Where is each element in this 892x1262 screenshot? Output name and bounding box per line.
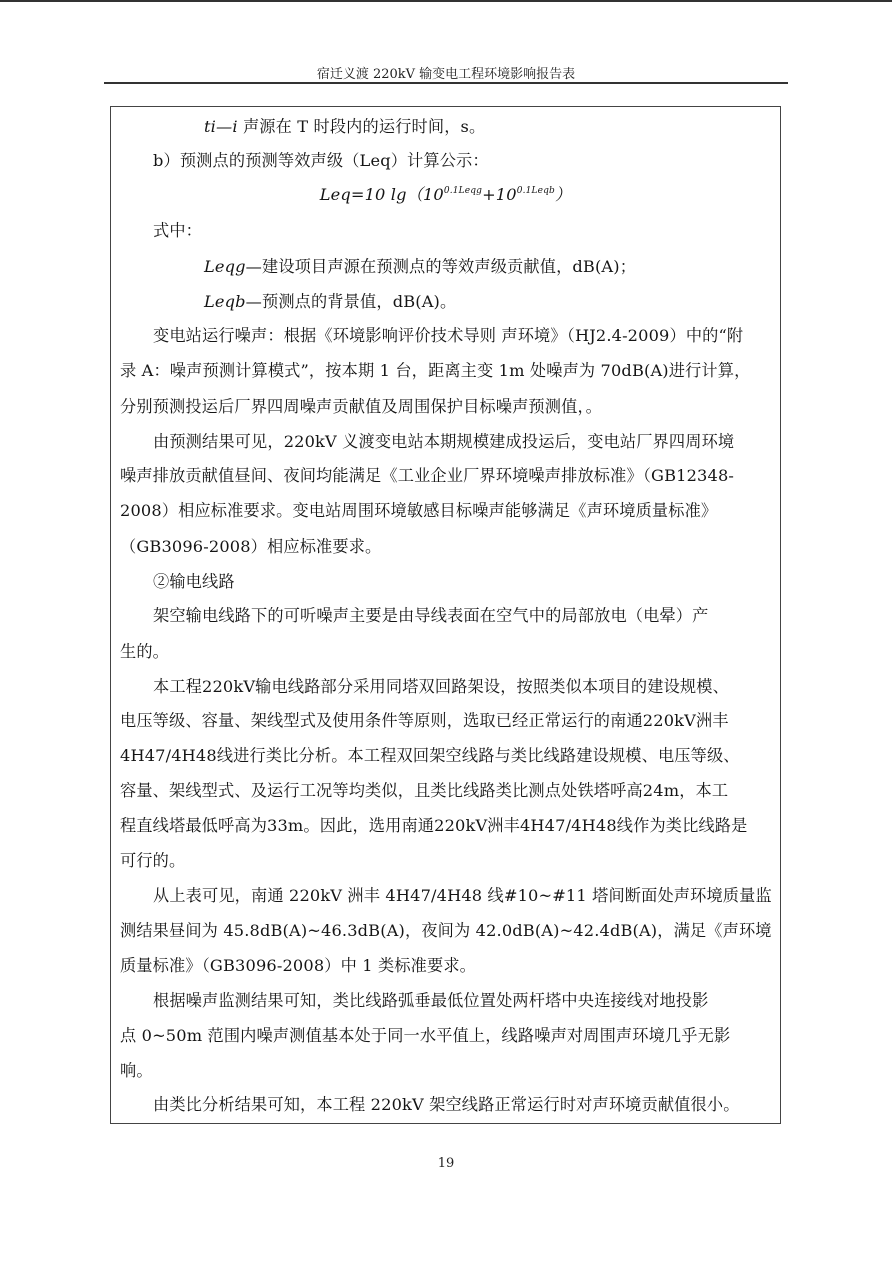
paragraph-line: （GB3096-2008）相应标准要求。 [120, 537, 381, 557]
paragraph-line: 生的。 [120, 642, 169, 662]
formula-part: +10 [482, 185, 517, 204]
paragraph-line: 电压等级、容量、架线型式及使用条件等原则，选取已经正常运行的南通220kV洲丰 [120, 711, 729, 731]
definition-text: 声源在 T 时段内的运行时间，s。 [238, 117, 486, 136]
paragraph-line: 从上表可见，南通 220kV 洲丰 4H47/4H48 线#10~#11 塔间断… [153, 886, 772, 906]
paragraph-line: 录 A：噪声预测计算模式”，按本期 1 台，距离主变 1m 处噪声为 70dB(… [120, 361, 750, 381]
paragraph-line: 本工程220kV输电线路部分采用同塔双回路架设，按照类似本项目的建设规模、 [153, 677, 729, 697]
symbol-leqg: Leqg [204, 257, 246, 276]
paragraph-line: 点 0~50m 范围内噪声测值基本处于同一水平值上，线路噪声对周围声环境几乎无影 [120, 1026, 730, 1046]
paragraph-line: 分别预测投运后厂界四周噪声贡献值及周围保护目标噪声预测值，。 [120, 397, 602, 417]
page-number: 19 [0, 1156, 892, 1171]
symbol-leqb: Leqb [204, 292, 246, 311]
paragraph-line: 由预测结果可见，220kV 义渡变电站本期规模建成投运后，变电站厂界四周环境 [153, 432, 734, 452]
formula-part: ） [555, 185, 571, 204]
definition-ti: ti—i 声源在 T 时段内的运行时间，s。 [204, 117, 485, 137]
definition-leqb: Leqb—预测点的背景值，dB(A)。 [204, 292, 456, 312]
formula-leq: Leq=10 lg（100.1Leqg+100.1Leqb） [110, 185, 781, 205]
running-header: 宿迁义渡 220kV 输变电工程环境影响报告表 [104, 63, 788, 82]
paragraph-line: 容量、架线型式、及运行工况等均类似，且类比线路类比测点处铁塔呼高24m，本工 [120, 781, 728, 801]
paragraph-line: 响。 [120, 1061, 153, 1081]
formula-exponent: 0.1Leqb [517, 186, 555, 196]
formula-exponent: 0.1Leqg [444, 186, 482, 196]
paragraph-line: 根据噪声监测结果可知，类比线路弧垂最低位置处两杆塔中央连接线对地投影 [153, 991, 708, 1011]
definition-text: —预测点的背景值，dB(A)。 [246, 292, 457, 311]
paragraph-line: 程直线塔最低呼高为33m。因此，选用南通220kV洲丰4H47/4H48线作为类… [120, 816, 748, 836]
symbol-ti: ti—i [204, 117, 238, 136]
paragraph-line: 质量标准》（GB3096-2008）中 1 类标准要求。 [120, 956, 476, 976]
paragraph-line: 噪声排放贡献值昼间、夜间均能满足《工业企业厂界环境噪声排放标准》（GB12348… [120, 466, 734, 486]
paragraph-line: 4H47/4H48线进行类比分析。本工程双回架空线路与类比线路建设规模、电压等级… [120, 746, 740, 766]
header-rule [104, 82, 788, 84]
paragraph-line: 变电站运行噪声：根据《环境影响评价技术导则 声环境》（HJ2.4-2009）中的… [153, 326, 743, 346]
paragraph-line: 可行的。 [120, 851, 185, 871]
paragraph-line: 式中： [153, 221, 202, 241]
page-top-edge [0, 0, 892, 2]
paragraph-line: 由类比分析结果可知，本工程 220kV 架空线路正常运行时对声环境贡献值很小。 [153, 1095, 740, 1115]
definition-leqg: Leqg—建设项目声源在预测点的等效声级贡献值，dB(A)； [204, 257, 636, 277]
paragraph-line: 2008）相应标准要求。变电站周围环境敏感目标噪声能够满足《声环境质量标准》 [120, 501, 717, 521]
paragraph-line: b）预测点的预测等效声级（Leq）计算公示： [153, 151, 489, 171]
definition-text: —建设项目声源在预测点的等效声级贡献值，dB(A)； [246, 257, 636, 276]
paragraph-line: 架空输电线路下的可听噪声主要是由导线表面在空气中的局部放电（电晕）产 [153, 606, 708, 626]
section-heading: ②输电线路 [153, 572, 235, 592]
formula-part: Leq=10 lg（10 [320, 185, 444, 204]
paragraph-line: 测结果昼间为 45.8dB(A)~46.3dB(A)，夜间为 42.0dB(A)… [120, 921, 772, 941]
